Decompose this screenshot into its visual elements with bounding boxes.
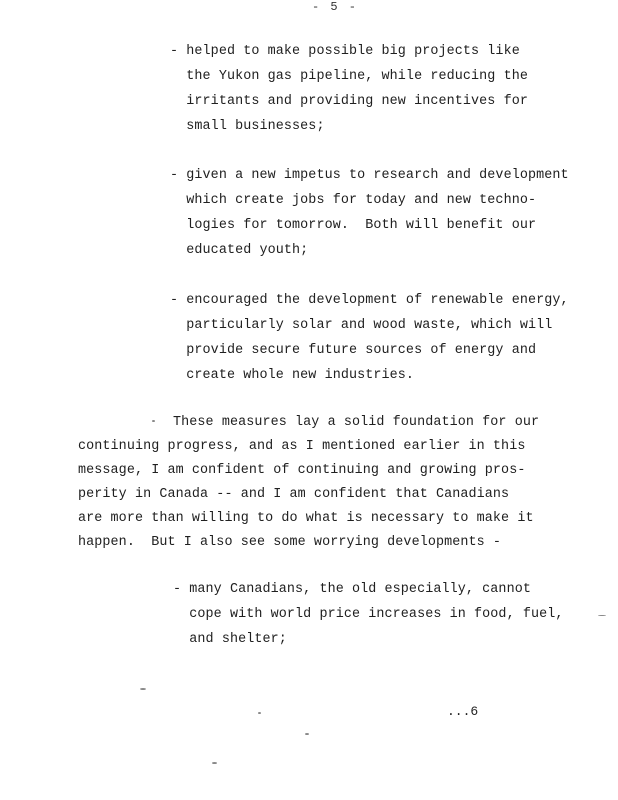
continuation-marker: ...6 [447,704,478,719]
scan-speck [140,688,146,690]
text-line: - helped to make possible big projects l… [170,44,520,59]
text-line: - encouraged the development of renewabl… [170,293,569,308]
text-line: which create jobs for today and new tech… [170,193,536,208]
scan-speck [152,420,155,422]
text-line: small businesses; [170,119,325,134]
scan-speck [598,615,606,616]
text-line: - given a new impetus to research and de… [170,168,569,183]
text-line: create whole new industries. [170,368,414,383]
text-line: cope with world price increases in food,… [173,607,564,622]
text-line: happen. But I also see some worrying dev… [78,535,501,550]
text-line: irritants and providing new incentives f… [170,94,528,109]
text-line: perity in Canada -- and I am confident t… [78,487,509,502]
scan-speck [305,733,309,735]
text-line: continuing progress, and as I mentioned … [78,439,525,454]
text-line: educated youth; [170,243,308,258]
scan-speck [212,762,217,764]
text-line: - many Canadians, the old especially, ca… [173,582,531,597]
page-number: - 5 - [312,0,358,14]
text-line: are more than willing to do what is nece… [78,511,534,526]
text-line: message, I am confident of continuing an… [78,463,525,478]
text-line: particularly solar and wood waste, which… [170,318,552,333]
text-line: the Yukon gas pipeline, while reducing t… [170,69,528,84]
text-line: logies for tomorrow. Both will benefit o… [170,218,536,233]
scan-speck [258,712,261,714]
text-line: These measures lay a solid foundation fo… [173,415,539,430]
text-line: provide secure future sources of energy … [170,343,536,358]
text-line: and shelter; [173,632,287,647]
